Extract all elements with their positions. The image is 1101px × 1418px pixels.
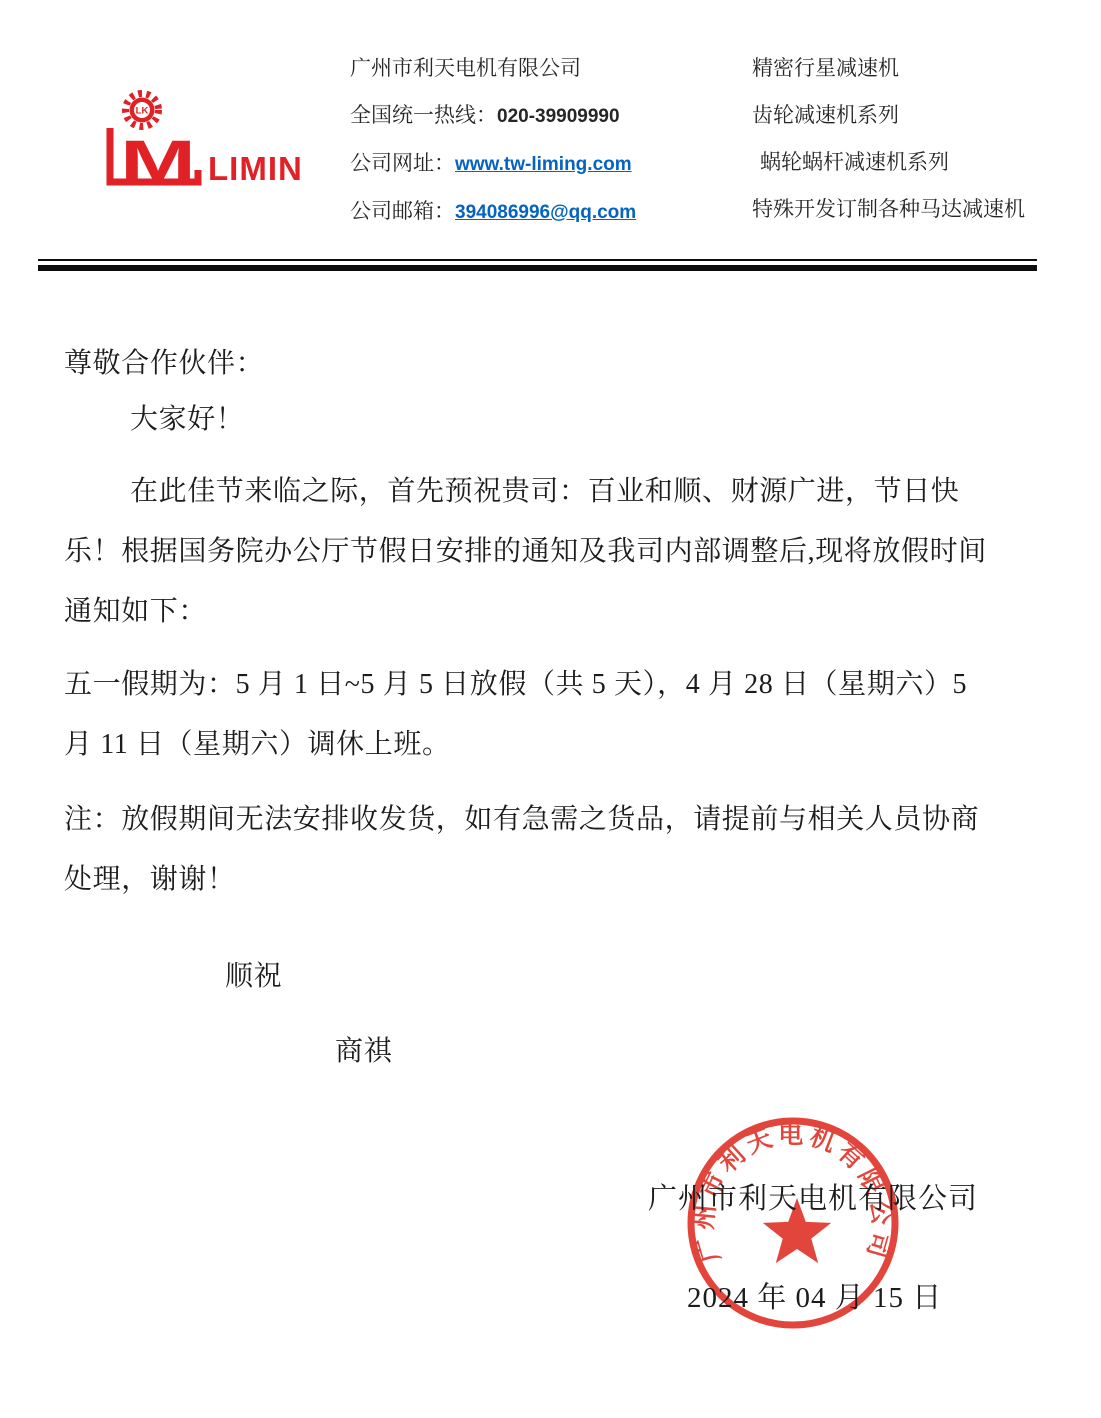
paragraph-line: 月 11 日（星期六）调休上班。	[64, 715, 967, 775]
paragraph-line: 五一假期为：5 月 1 日~5 月 5 日放假（共 5 天），4 月 28 日（…	[64, 655, 967, 715]
signature-date: 2024 年 04 月 15 日	[687, 1275, 942, 1316]
logo-m-mark: M	[120, 129, 196, 194]
closing-regards: 商祺	[335, 1032, 392, 1072]
gear-icon: LK	[126, 94, 159, 127]
website-row: 公司网址：www.tw-liming.com	[350, 140, 636, 188]
website-link[interactable]: www.tw-liming.com	[455, 154, 632, 175]
paragraph-line: 乐！根据国务院办公厅节假日安排的通知及我司内部调整后,现将放假时间	[64, 522, 987, 582]
header-company-name: 广州市利天电机有限公司	[350, 45, 636, 92]
salutation: 尊敬合作伙伴：	[64, 344, 264, 384]
header-contact-column: 广州市利天电机有限公司 全国统一热线：020-39909990 公司网址：www…	[350, 45, 636, 236]
product-item: 蜗轮蜗杆减速机系列	[752, 139, 1025, 186]
email-link[interactable]: 394086996@qq.com	[455, 202, 636, 223]
svg-text:LK: LK	[136, 106, 149, 117]
hotline-row: 全国统一热线：020-39909990	[350, 92, 636, 140]
product-list: 精密行星减速机 齿轮减速机系列 蜗轮蜗杆减速机系列 特殊开发订制各种马达减速机	[752, 45, 1025, 233]
company-logo: LK M LIMING	[100, 84, 300, 202]
intro-paragraph: 在此佳节来临之际，首先预祝贵司：百业和顺、财源广进，节日快 乐！根据国务院办公厅…	[64, 462, 987, 642]
signature-company: 广州市利天电机有限公司	[648, 1176, 978, 1217]
logo-brand-text: LIMING	[208, 150, 300, 187]
header-divider	[38, 259, 1037, 271]
email-label: 公司邮箱：	[350, 199, 455, 223]
paragraph-line: 注：放假期间无法安排收发货，如有急需之货品，请提前与相关人员协商	[64, 790, 979, 850]
paragraph-line: 处理，谢谢！	[64, 850, 979, 910]
hotline-number: 020-39909990	[497, 106, 620, 127]
product-item: 特殊开发订制各种马达减速机	[752, 186, 1025, 233]
letter-page: LK M LIMING 广州市利天电机有限公司 全国统一热线：020-39909…	[0, 0, 1101, 1418]
product-item: 齿轮减速机系列	[752, 92, 1025, 139]
paragraph-line: 通知如下：	[64, 582, 987, 642]
hotline-label: 全国统一热线：	[350, 103, 497, 127]
holiday-paragraph: 五一假期为：5 月 1 日~5 月 5 日放假（共 5 天），4 月 28 日（…	[64, 655, 967, 775]
email-row: 公司邮箱：394086996@qq.com	[350, 188, 636, 236]
product-item: 精密行星减速机	[752, 45, 1025, 92]
greeting: 大家好！	[130, 400, 244, 440]
website-label: 公司网址：	[350, 151, 455, 175]
note-paragraph: 注：放假期间无法安排收发货，如有急需之货品，请提前与相关人员协商 处理，谢谢！	[64, 790, 979, 910]
paragraph-line: 在此佳节来临之际，首先预祝贵司：百业和顺、财源广进，节日快	[64, 462, 987, 522]
closing-wish: 顺祝	[225, 957, 282, 997]
